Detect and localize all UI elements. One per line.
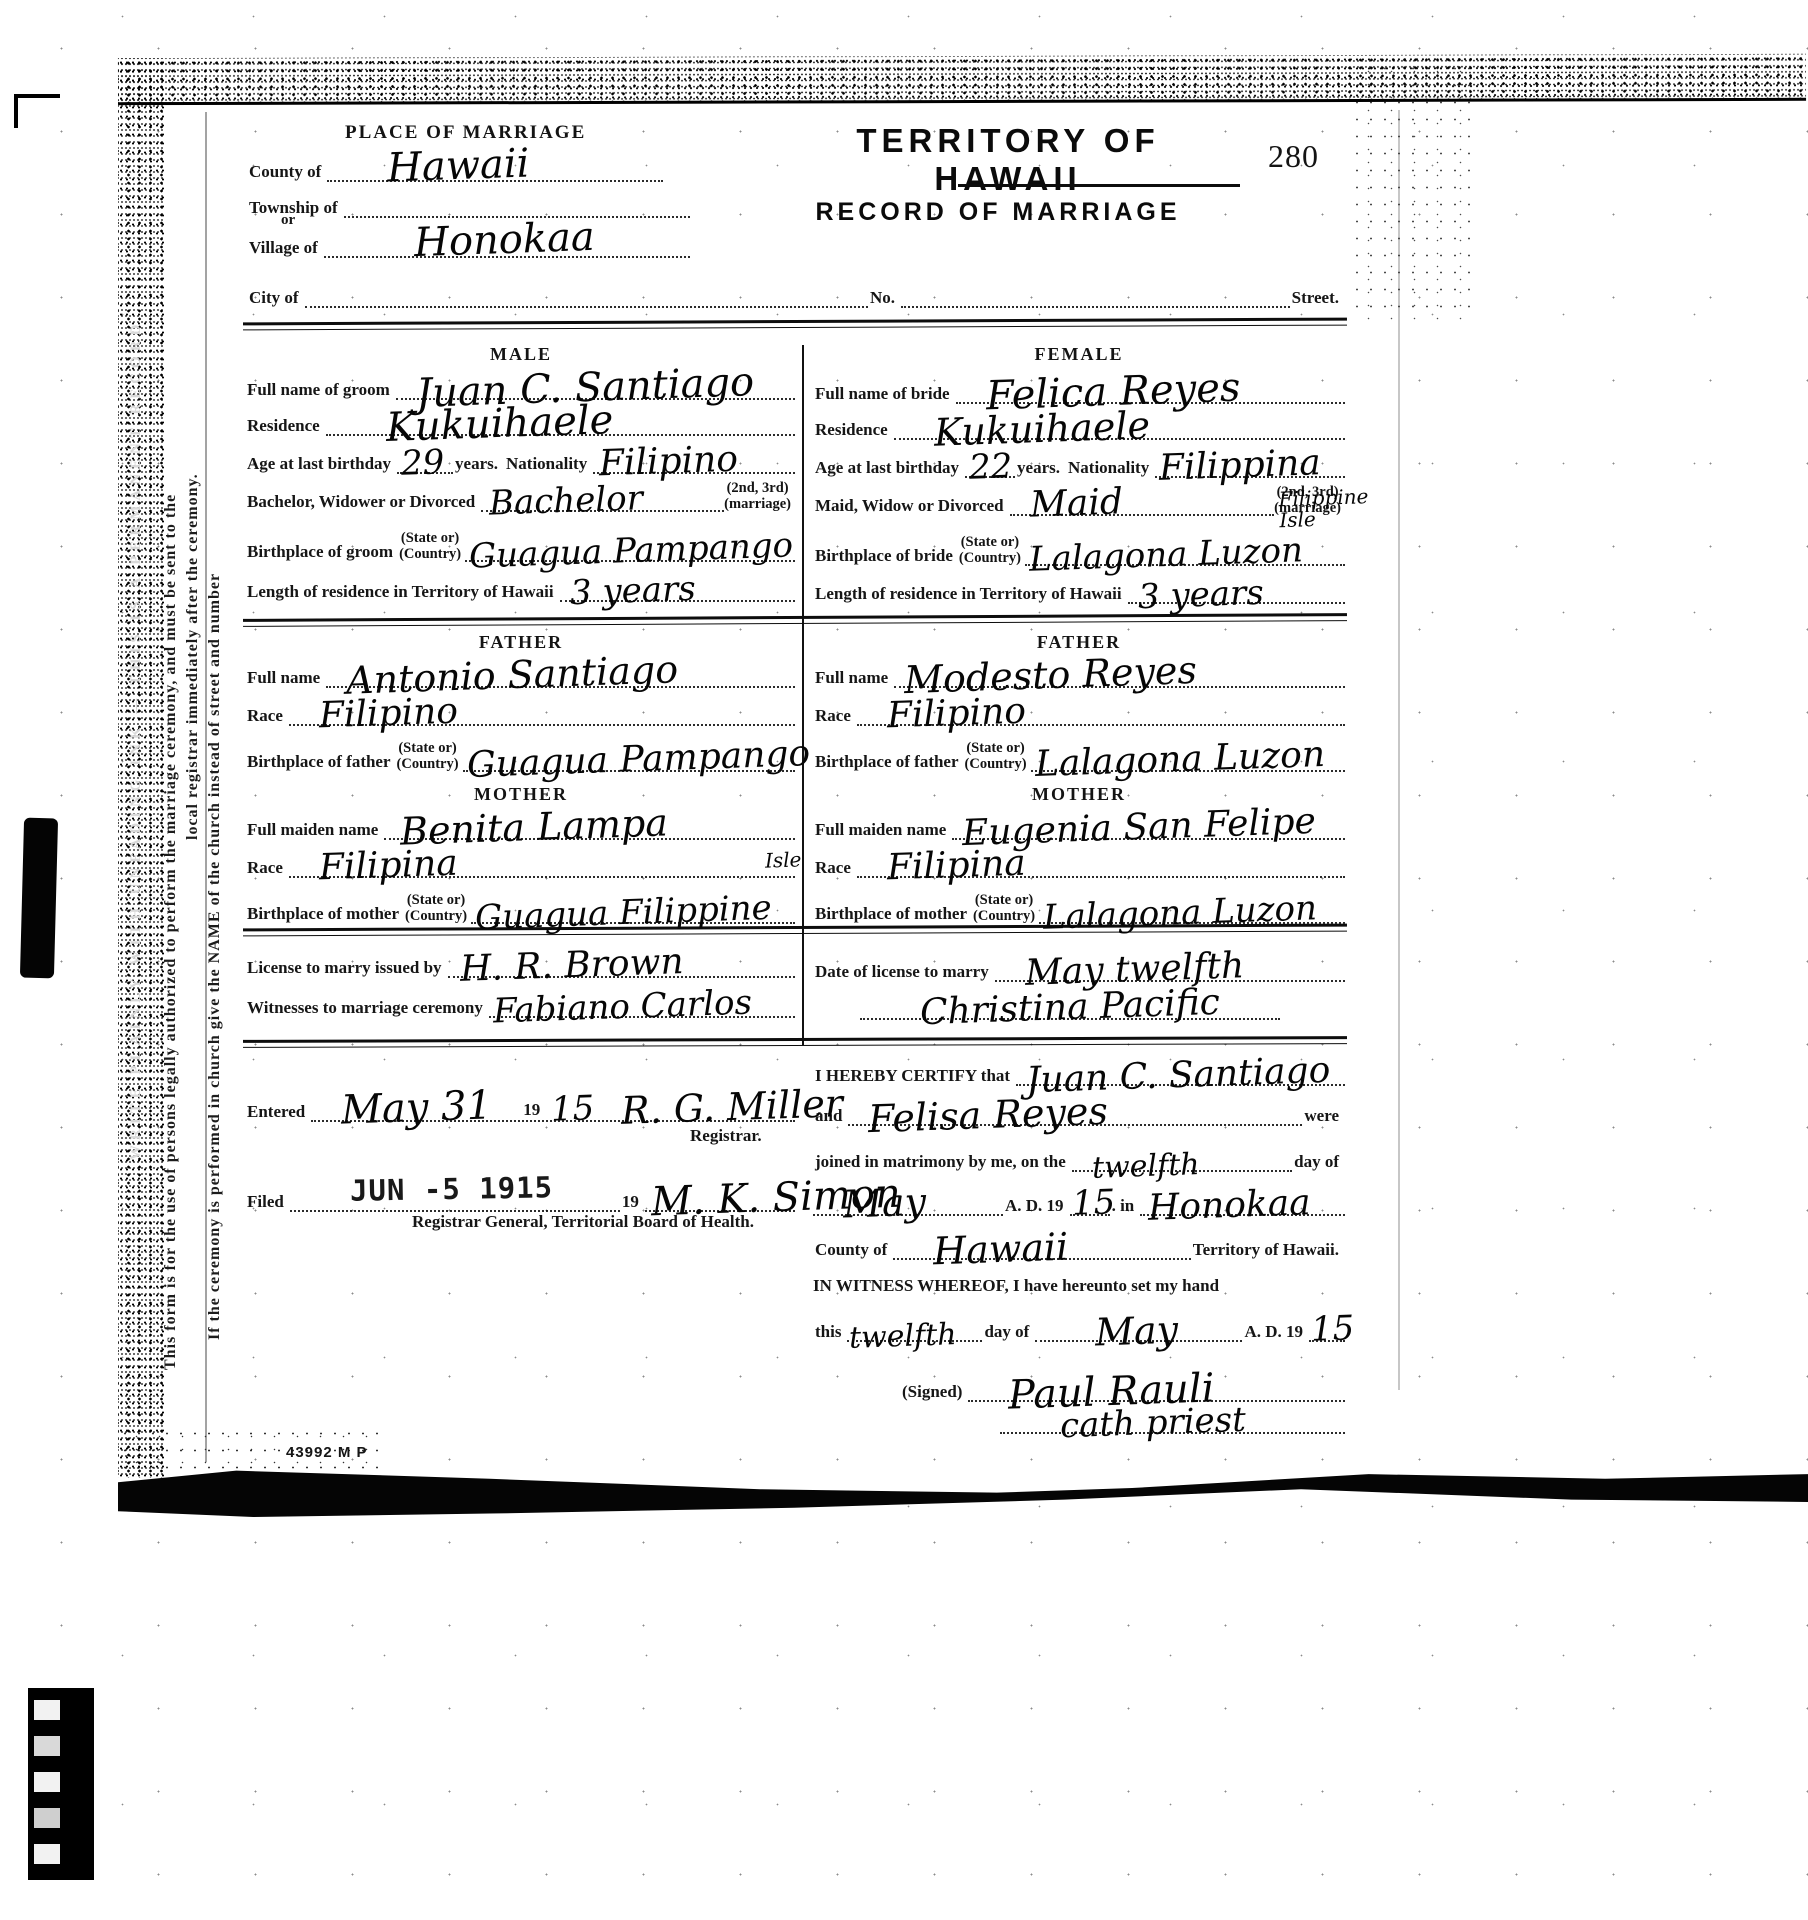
margin-note-2: local registrar immediately after the ce… — [184, 280, 202, 840]
bride-name-label: Full name of bride — [813, 384, 956, 404]
field-bride-mother-race: Race Filipina — [813, 848, 1345, 878]
groom-mother-birthplace-label: Birthplace of mother — [245, 904, 405, 924]
bride-mother-state-country-note: (State or)(Country) — [973, 892, 1039, 924]
street-label: Street. — [1290, 288, 1345, 308]
form-code: 43992 M P — [286, 1444, 368, 1461]
bride-length-label: Length of residence in Territory of Hawa… — [813, 584, 1128, 604]
field-groom-father-name: Full name Antonio Santiago — [245, 658, 795, 688]
handwriting-signature-note: cath priest — [1059, 1403, 1246, 1443]
groom-name-label: Full name of groom — [245, 380, 396, 400]
groom-state-country-note: (State or)(Country) — [399, 530, 465, 562]
handwriting-groom-residence: Kukuihaele — [385, 400, 614, 448]
handwriting-bride-birthplace: Lalagona Luzon — [1028, 533, 1303, 577]
handwriting-groom-nationality: Filipino — [599, 442, 739, 483]
certify-day-of2-label: day of — [982, 1322, 1035, 1342]
field-groom-mother-name: Full maiden name Benita Lampa — [245, 810, 795, 840]
page-number: 280 — [1268, 138, 1319, 175]
groom-mother-title: MOTHER — [245, 784, 797, 805]
bride-state-country-note: (State or)(Country) — [959, 534, 1025, 566]
handwriting-certify-this-day: twelfth — [849, 1320, 958, 1354]
handwriting-bride-birthplace-note: Filippine Isle — [1278, 487, 1349, 531]
witness-clause: IN WITNESS WHEREOF, I have hereunto set … — [813, 1276, 1219, 1296]
scanned-marriage-record: WRITE PLAINLY WITH UNFADING INK — THIS I… — [0, 0, 1808, 1920]
bride-father-name-label: Full name — [813, 668, 894, 688]
margin-note-3: If the ceremony is performed in church g… — [206, 160, 224, 1340]
handwriting-certify-month2: May — [1095, 1311, 1179, 1352]
handwriting-bride-father-birthplace: Lalagona Luzon — [1034, 737, 1325, 783]
handwriting-certify-month: May — [842, 1183, 926, 1224]
handwriting-license-date: May twelfth — [1024, 948, 1244, 992]
groom-father-state-country-note: (State or)(Country) — [397, 740, 463, 772]
groom-age-label: Age at last birthday — [245, 454, 397, 474]
column-divider — [802, 345, 804, 1045]
handwriting-bride-age: 22 — [968, 449, 1012, 484]
certify-were-label: were — [1302, 1106, 1345, 1126]
license-date-label: Date of license to marry — [813, 962, 995, 982]
field-groom-status: Bachelor, Widower or Divorced Bachelor (… — [245, 482, 795, 512]
bride-father-race-label: Race — [813, 706, 857, 726]
handwriting-bride-length: 3 years — [1137, 576, 1264, 614]
corner-registration-mark — [14, 94, 60, 128]
handwriting-groom-age: 29 — [400, 445, 444, 480]
or-label: or — [281, 212, 295, 229]
handwriting-groom-mother-birthplace-note: Isle — [764, 849, 801, 871]
groom-father-name-label: Full name — [245, 668, 326, 688]
handwriting-certify-place: Honokaa — [1148, 1185, 1312, 1227]
section-rule-certificate — [243, 1036, 1347, 1048]
certify-ad2-label: A. D. 19 — [1242, 1322, 1309, 1342]
county-label: County of — [247, 162, 327, 182]
certify-line-5: County of Hawaii Territory of Hawaii. — [813, 1230, 1345, 1260]
section-rule-top — [243, 318, 1347, 331]
field-groom-name: Full name of groom Juan C. Santiago — [245, 370, 795, 400]
scan-top-band — [118, 54, 1806, 105]
field-bride-birthplace: Birthplace of bride (State or)(Country) … — [813, 520, 1345, 566]
field-bride-status: Maid, Widow or Divorced Maid (2nd, 3rd)(… — [813, 486, 1345, 516]
handwriting-license-issued-by: H. R. Brown — [459, 944, 684, 988]
groom-birthplace-label: Birthplace of groom — [245, 542, 399, 562]
certify-line-2: and Felisa Reyes were — [813, 1096, 1345, 1126]
field-township: Township of — [247, 188, 690, 218]
handwriting-groom-birthplace: Guagua Pampango — [469, 528, 794, 573]
certify-joined-label: joined in matrimony by me, on the — [813, 1152, 1072, 1172]
handwriting-entered-by: R. G. Miller — [621, 1084, 844, 1130]
field-groom-father-race: Race Filipino — [245, 696, 795, 726]
scan-bottom-band — [118, 1466, 1808, 1524]
groom-marriage-ordinal-note: (2nd, 3rd)(marriage) — [724, 480, 795, 512]
field-city-street: City of No. Street. — [247, 278, 1345, 308]
film-artifact-blob — [20, 818, 58, 979]
handwriting-certify-county: Hawaii — [933, 1228, 1070, 1271]
field-groom-mother-race: Race Filipina — [245, 848, 795, 878]
handwriting-groom-father-race: Filipino — [318, 694, 458, 735]
certify-this-label: this — [813, 1322, 847, 1342]
handwriting-bride-father-name: Modesto Reyes — [904, 651, 1198, 699]
page-right-edge-line — [1398, 110, 1400, 1390]
field-groom-residence: Residence Kukuihaele — [245, 406, 795, 436]
bride-father-title: FATHER — [813, 632, 1345, 653]
field-bride-age: Age at last birthday 22 years. Nationali… — [813, 448, 1345, 478]
filed-date-stamp: JUN -5 1915 — [350, 1170, 554, 1208]
groom-residence-label: Residence — [245, 416, 326, 436]
groom-mother-race-label: Race — [245, 858, 289, 878]
handwriting-witness-1: Fabiano Carlos — [492, 985, 752, 1028]
bride-status-label: Maid, Widow or Divorced — [813, 496, 1010, 516]
field-bride-name: Full name of bride Felica Reyes — [813, 374, 1345, 404]
margin-note-1: This form is for the use of persons lega… — [162, 150, 180, 1370]
field-license-date: Date of license to marry May twelfth — [813, 952, 1345, 982]
handwriting-groom-status: Bachelor — [489, 481, 644, 520]
field-entered: Entered May 31 19 15 R. G. Miller — [245, 1086, 795, 1122]
bride-residence-label: Residence — [813, 420, 894, 440]
field-groom-birthplace: Birthplace of groom (State or)(Country) … — [245, 516, 795, 562]
village-label: Village of — [247, 238, 324, 258]
handwriting-county: Hawaii — [387, 144, 531, 189]
handwriting-groom-father-birthplace: Guagua Pampango — [466, 736, 810, 784]
field-bride-mother-name: Full maiden name Eugenia San Felipe — [813, 810, 1345, 840]
field-county: County of Hawaii — [247, 152, 663, 182]
groom-father-title: FATHER — [245, 632, 797, 653]
handwriting-bride-nationality: Filippina — [1159, 445, 1322, 487]
bride-mother-name-label: Full maiden name — [813, 820, 952, 840]
groom-mother-name-label: Full maiden name — [245, 820, 384, 840]
groom-years-label: years. — [453, 454, 504, 474]
bride-years-label: years. — [1015, 458, 1066, 478]
certify-line-1: I HEREBY CERTIFY that Juan C. Santiago — [813, 1056, 1345, 1086]
territory-underline — [958, 184, 1240, 187]
handwriting-certify-ad2-year: 15 — [1310, 1311, 1354, 1346]
handwriting-bride-mother-race: Filipina — [886, 846, 1026, 887]
township-label: Township of — [247, 198, 344, 218]
handwriting-bride-status: Maid — [1029, 484, 1123, 523]
certify-day-of-label: day of — [1292, 1152, 1345, 1172]
filed-label: Filed — [245, 1192, 290, 1212]
groom-nationality-label: Nationality — [504, 454, 593, 474]
field-bride-father-name: Full name Modesto Reyes — [813, 658, 1345, 688]
place-of-marriage-title: PLACE OF MARRIAGE — [345, 122, 586, 144]
handwriting-groom-mother-race: Filipina — [318, 846, 458, 887]
field-witnesses: Witnesses to marriage ceremony Fabiano C… — [245, 988, 795, 1018]
handwriting-groom-mother-birthplace: Guagua Filippine — [475, 891, 773, 935]
city-label: City of — [247, 288, 305, 308]
handwriting-entered-date: May 31 — [341, 1085, 493, 1130]
certify-label: I HEREBY CERTIFY that — [813, 1066, 1016, 1086]
handwriting-bride-residence: Kukuihaele — [933, 406, 1150, 452]
groom-length-label: Length of residence in Territory of Hawa… — [245, 582, 560, 602]
handwriting-certify-day: twelfth — [1091, 1150, 1200, 1184]
groom-mother-state-country-note: (State or)(Country) — [405, 892, 471, 924]
certify-territory-label: Territory of Hawaii. — [1191, 1240, 1345, 1260]
margin-band-note: WRITE PLAINLY WITH UNFADING INK — THIS I… — [128, 200, 145, 1160]
field-filed: Filed JUN -5 1915 19 M. K. Simon — [245, 1176, 795, 1212]
handwriting-groom-length: 3 years — [569, 572, 696, 610]
bride-mother-birthplace-label: Birthplace of mother — [813, 904, 973, 924]
bride-father-state-country-note: (State or)(Country) — [965, 740, 1031, 772]
groom-father-birthplace-label: Birthplace of father — [245, 752, 397, 772]
certify-line-3: joined in matrimony by me, on the twelft… — [813, 1142, 1345, 1172]
groom-status-label: Bachelor, Widower or Divorced — [245, 492, 481, 512]
field-bride-residence: Residence Kukuihaele — [813, 410, 1345, 440]
handwriting-certify-ad-year: 15 — [1071, 1185, 1115, 1220]
bride-mother-race-label: Race — [813, 858, 857, 878]
bride-father-birthplace-label: Birthplace of father — [813, 752, 965, 772]
field-groom-age: Age at last birthday 29 years. Nationali… — [245, 444, 795, 474]
bride-nationality-label: Nationality — [1066, 458, 1155, 478]
witnesses-label: Witnesses to marriage ceremony — [245, 998, 489, 1018]
female-section-title: FEMALE — [813, 344, 1345, 365]
field-groom-length-residence: Length of residence in Territory of Hawa… — [245, 572, 795, 602]
field-witness-2: Christina Pacific — [860, 988, 1280, 1020]
groom-father-race-label: Race — [245, 706, 289, 726]
field-village: Village of Honokaa — [247, 228, 690, 258]
handwriting-certify-bride: Felisa Reyes — [868, 1092, 1109, 1138]
field-bride-length-residence: Length of residence in Territory of Hawa… — [813, 574, 1345, 604]
handwriting-entered-year: 15 — [551, 1091, 595, 1126]
filed-year-printed: 19 — [620, 1192, 645, 1212]
handwriting-village: Honokaa — [413, 217, 595, 263]
certify-ad-label: A. D. 19 — [1003, 1196, 1070, 1216]
handwriting-bride-mother-birthplace: Lalagona Luzon — [1043, 891, 1318, 935]
license-issued-by-label: License to marry issued by — [245, 958, 448, 978]
film-density-strip — [28, 1688, 94, 1880]
certify-line-4: May A. D. 19 15 . in Honokaa — [813, 1186, 1345, 1216]
street-no-label: No. — [868, 288, 901, 308]
field-bride-father-race: Race Filipino — [813, 696, 1345, 726]
handwriting-bride-father-race: Filipino — [886, 694, 1026, 735]
field-license-issued-by: License to marry issued by H. R. Brown — [245, 948, 795, 978]
bride-birthplace-label: Birthplace of bride — [813, 546, 959, 566]
certify-line-7: this twelfth day of May A. D. 19 15 — [813, 1312, 1345, 1342]
entered-year-printed: 19 — [521, 1100, 546, 1120]
entered-label: Entered — [245, 1102, 311, 1122]
certify-county-label: County of — [813, 1240, 893, 1260]
signed-label: (Signed) — [900, 1382, 968, 1402]
bride-age-label: Age at last birthday — [813, 458, 965, 478]
record-title: RECORD OF MARRIAGE — [788, 198, 1208, 227]
